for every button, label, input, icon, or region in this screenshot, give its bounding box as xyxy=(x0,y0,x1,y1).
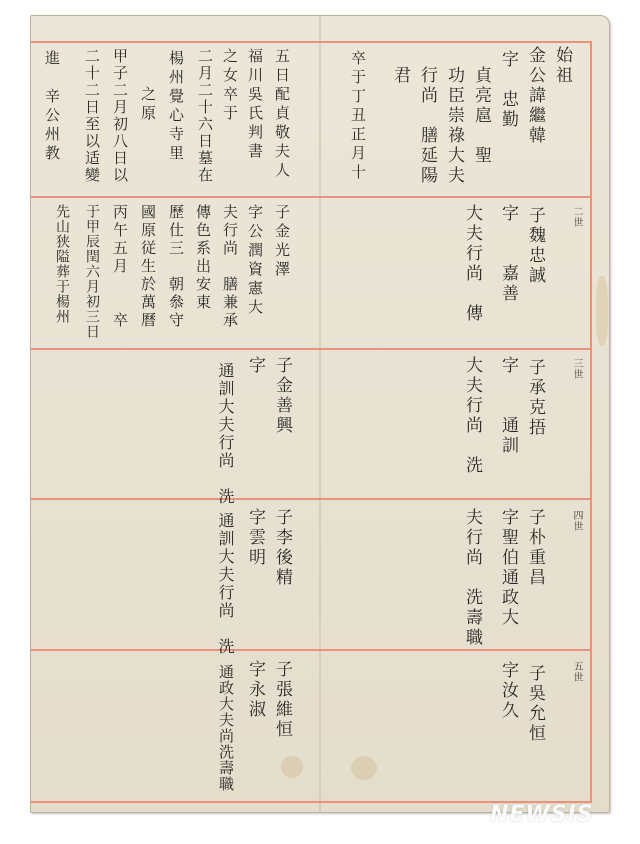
text-column: 字公潤資憲大 xyxy=(246,204,263,318)
text-column: 之原 xyxy=(139,48,156,124)
text-column: 子吳允恒 xyxy=(526,664,543,744)
rule-line-right xyxy=(590,41,592,803)
rule-line-row3 xyxy=(31,498,592,500)
text-column: 君 xyxy=(391,66,408,86)
text-column: 歷仕三 朝叅守 xyxy=(167,204,184,330)
stain xyxy=(351,756,377,780)
text-column: 先山狭隘葬于楊州 xyxy=(53,204,70,324)
text-column: 丙午五月 卒 xyxy=(111,204,128,330)
text-column: 大夫行尚 傳 xyxy=(463,204,480,324)
text-column: 通訓大夫行尚 洗 xyxy=(217,362,234,506)
text-column: 福川吳氏判書 xyxy=(246,48,263,162)
generation-label: 三世 xyxy=(569,358,584,380)
text-column: 夫行尚 膳兼承 xyxy=(221,204,238,330)
rule-line-row4 xyxy=(31,649,592,651)
text-column: 之女卒于 xyxy=(221,48,238,124)
center-fold xyxy=(319,16,321,812)
generation-label: 四世 xyxy=(569,510,584,532)
text-column: 始祖 xyxy=(553,46,570,86)
text-column: 大夫行尚 洗 xyxy=(463,356,480,476)
text-column: 字雲明 xyxy=(246,508,263,568)
text-column: 國原従生於萬曆 xyxy=(139,204,156,330)
text-column: 子張維恒 xyxy=(273,660,290,740)
text-column: 字 嘉善 xyxy=(499,204,516,304)
stain xyxy=(281,756,303,778)
rule-line-row2 xyxy=(31,348,592,350)
text-column: 夫行尚 洗壽職 xyxy=(463,508,480,648)
generation-label: 五世 xyxy=(569,661,584,683)
text-column: 行尚 膳延陽 xyxy=(418,66,435,186)
text-column: 卒于丁丑正月十 xyxy=(349,50,366,183)
text-column: 五日配貞敬夫人 xyxy=(273,48,290,181)
text-column: 金公諱繼韓 xyxy=(526,46,543,146)
text-column: 貞亮扈 聖 xyxy=(472,66,489,166)
text-column: 子金善興 xyxy=(273,356,290,436)
genealogy-page-spread: 始祖 金公諱繼韓 字 忠勤 貞亮扈 聖 功臣崇祿大夫 行尚 膳延陽 君 卒于丁丑… xyxy=(30,15,610,813)
text-column: 字聖伯通政大 xyxy=(499,508,516,628)
text-column: 子金光澤 xyxy=(273,204,290,280)
text-column: 二月二十六日墓在 xyxy=(196,48,213,184)
text-column: 二十二日至以适變 xyxy=(83,48,100,184)
text-column: 通政大夫尚洗壽職 xyxy=(217,664,234,792)
text-column: 子承克捂 xyxy=(526,358,543,438)
text-column: 字 通訓 xyxy=(499,356,516,456)
text-column: 甲子二月初八日以 xyxy=(111,48,128,184)
text-column: 子魏忠誠 xyxy=(526,206,543,286)
rule-line-row1 xyxy=(31,196,592,198)
text-column: 字永淑 xyxy=(246,660,263,720)
text-column: 字汝久 xyxy=(499,661,516,721)
text-column: 楊州覺心寺里 xyxy=(167,50,184,164)
text-column: 字 忠勤 xyxy=(499,50,516,130)
text-column: 傳色系出安東 xyxy=(194,204,211,312)
text-column: 通訓大夫行尚 洗 xyxy=(217,512,234,656)
stain xyxy=(596,276,608,346)
text-column: 于甲辰閏六月初三日 xyxy=(83,204,100,339)
text-column: 進 辛公州教 xyxy=(43,50,60,164)
newsis-watermark: NEWSIS xyxy=(490,802,594,827)
text-column: 功臣崇祿大夫 xyxy=(445,66,462,186)
text-column: 子李後精 xyxy=(273,508,290,588)
generation-label: 二世 xyxy=(569,206,584,228)
text-column: 字 xyxy=(246,356,263,376)
rule-line-top xyxy=(31,41,592,43)
text-column: 子朴重昌 xyxy=(526,508,543,588)
